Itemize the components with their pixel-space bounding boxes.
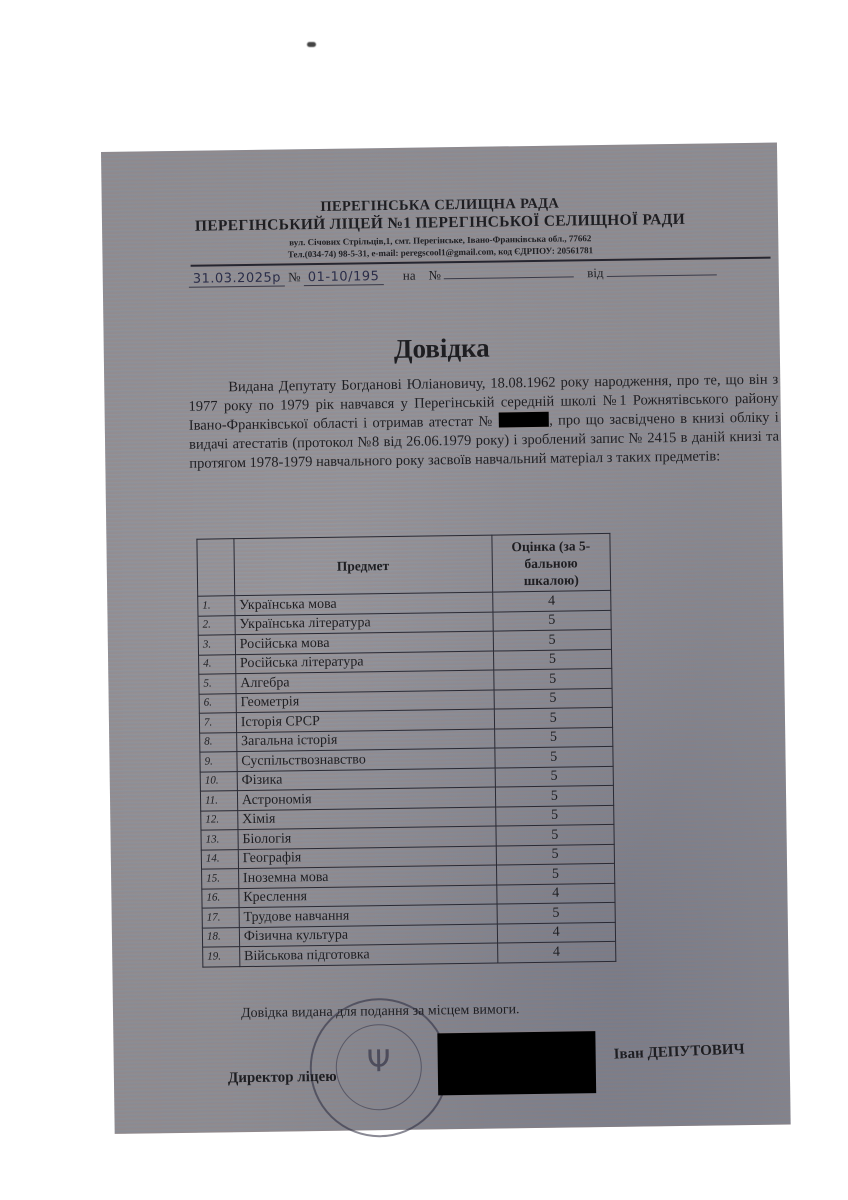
grade-cell: 5 [495,805,614,826]
grade-cell: 4 [492,590,611,611]
row-number: 2. [198,615,235,635]
row-number: 3. [198,635,235,655]
document-body: Видана Депутату Богданові Юліановичу, 18… [188,371,779,474]
registration-number-label: № [288,269,301,284]
row-number: 10. [200,771,237,791]
scan-speck [307,42,316,47]
row-number: 8. [200,732,237,752]
ref-number-blank [444,276,574,279]
row-number: 19. [203,947,240,967]
subject-cell: Військова підготовка [239,943,497,966]
grade-cell: 4 [497,922,616,943]
table-header-row: Предмет Оцінка (за 5-бальною шкалою) [197,533,611,596]
from-date-blank [607,274,717,277]
row-number: 1. [198,596,235,616]
redacted-signature [437,1031,596,1095]
row-number: 15. [202,869,239,889]
grade-cell: 5 [493,629,612,650]
signer-name: Іван ДЕПУТОВИЧ [613,1041,745,1063]
grade-cell: 5 [496,844,615,865]
grades-table-body: 1.Українська мова42.Українська літератур… [198,590,616,966]
grade-cell: 5 [494,746,613,767]
ref-number-label: № [428,267,441,282]
grade-cell: 4 [496,883,615,904]
row-number: 16. [202,888,239,908]
grade-cell: 5 [495,766,614,787]
from-label: від [587,265,604,280]
row-number: 6. [199,693,236,713]
header-subject: Предмет [234,535,492,596]
grade-cell: 5 [493,649,612,670]
row-number: 14. [201,849,238,869]
row-number: 17. [202,908,239,928]
grades-table: Предмет Оцінка (за 5-бальною шкалою) 1.У… [196,533,616,967]
grade-cell: 5 [494,727,613,748]
row-number: 13. [201,830,238,850]
row-number: 7. [199,713,236,733]
grade-cell: 5 [494,688,613,709]
row-number: 4. [199,654,236,674]
row-number: 11. [200,791,237,811]
document-title: Довідка [104,329,780,369]
row-number: 18. [202,927,239,947]
header-num [197,539,235,597]
row-number: 5. [199,674,236,694]
row-number: 12. [201,810,238,830]
signer-title: Директор ліцею [228,1069,337,1088]
grade-cell: 5 [493,668,612,689]
grade-cell: 5 [495,785,614,806]
registration-line: 31.03.2025р № 01-10/195 на № від [189,263,769,291]
redacted-certificate-number [499,412,549,428]
grade-cell: 5 [493,610,612,631]
trident-icon: Ψ [363,1040,394,1084]
document-sheet: ПЕРЕГІНСЬКА СЕЛИЩНА РАДА ПЕРЕГІНСЬКИЙ ЛІ… [101,143,791,1134]
registration-number: 01-10/195 [304,269,384,286]
grade-cell: 5 [496,863,615,884]
grade-cell: 5 [495,824,614,845]
registration-date: 31.03.2025р [189,270,285,287]
header-grade: Оцінка (за 5-бальною шкалою) [491,533,610,592]
grade-cell: 5 [497,902,616,923]
purpose-note: Довідка видана для подання за місцем вим… [241,1002,520,1022]
row-number: 9. [200,752,237,772]
grade-cell: 4 [497,941,616,962]
grade-cell: 5 [494,707,613,728]
on-label: на [403,268,416,283]
